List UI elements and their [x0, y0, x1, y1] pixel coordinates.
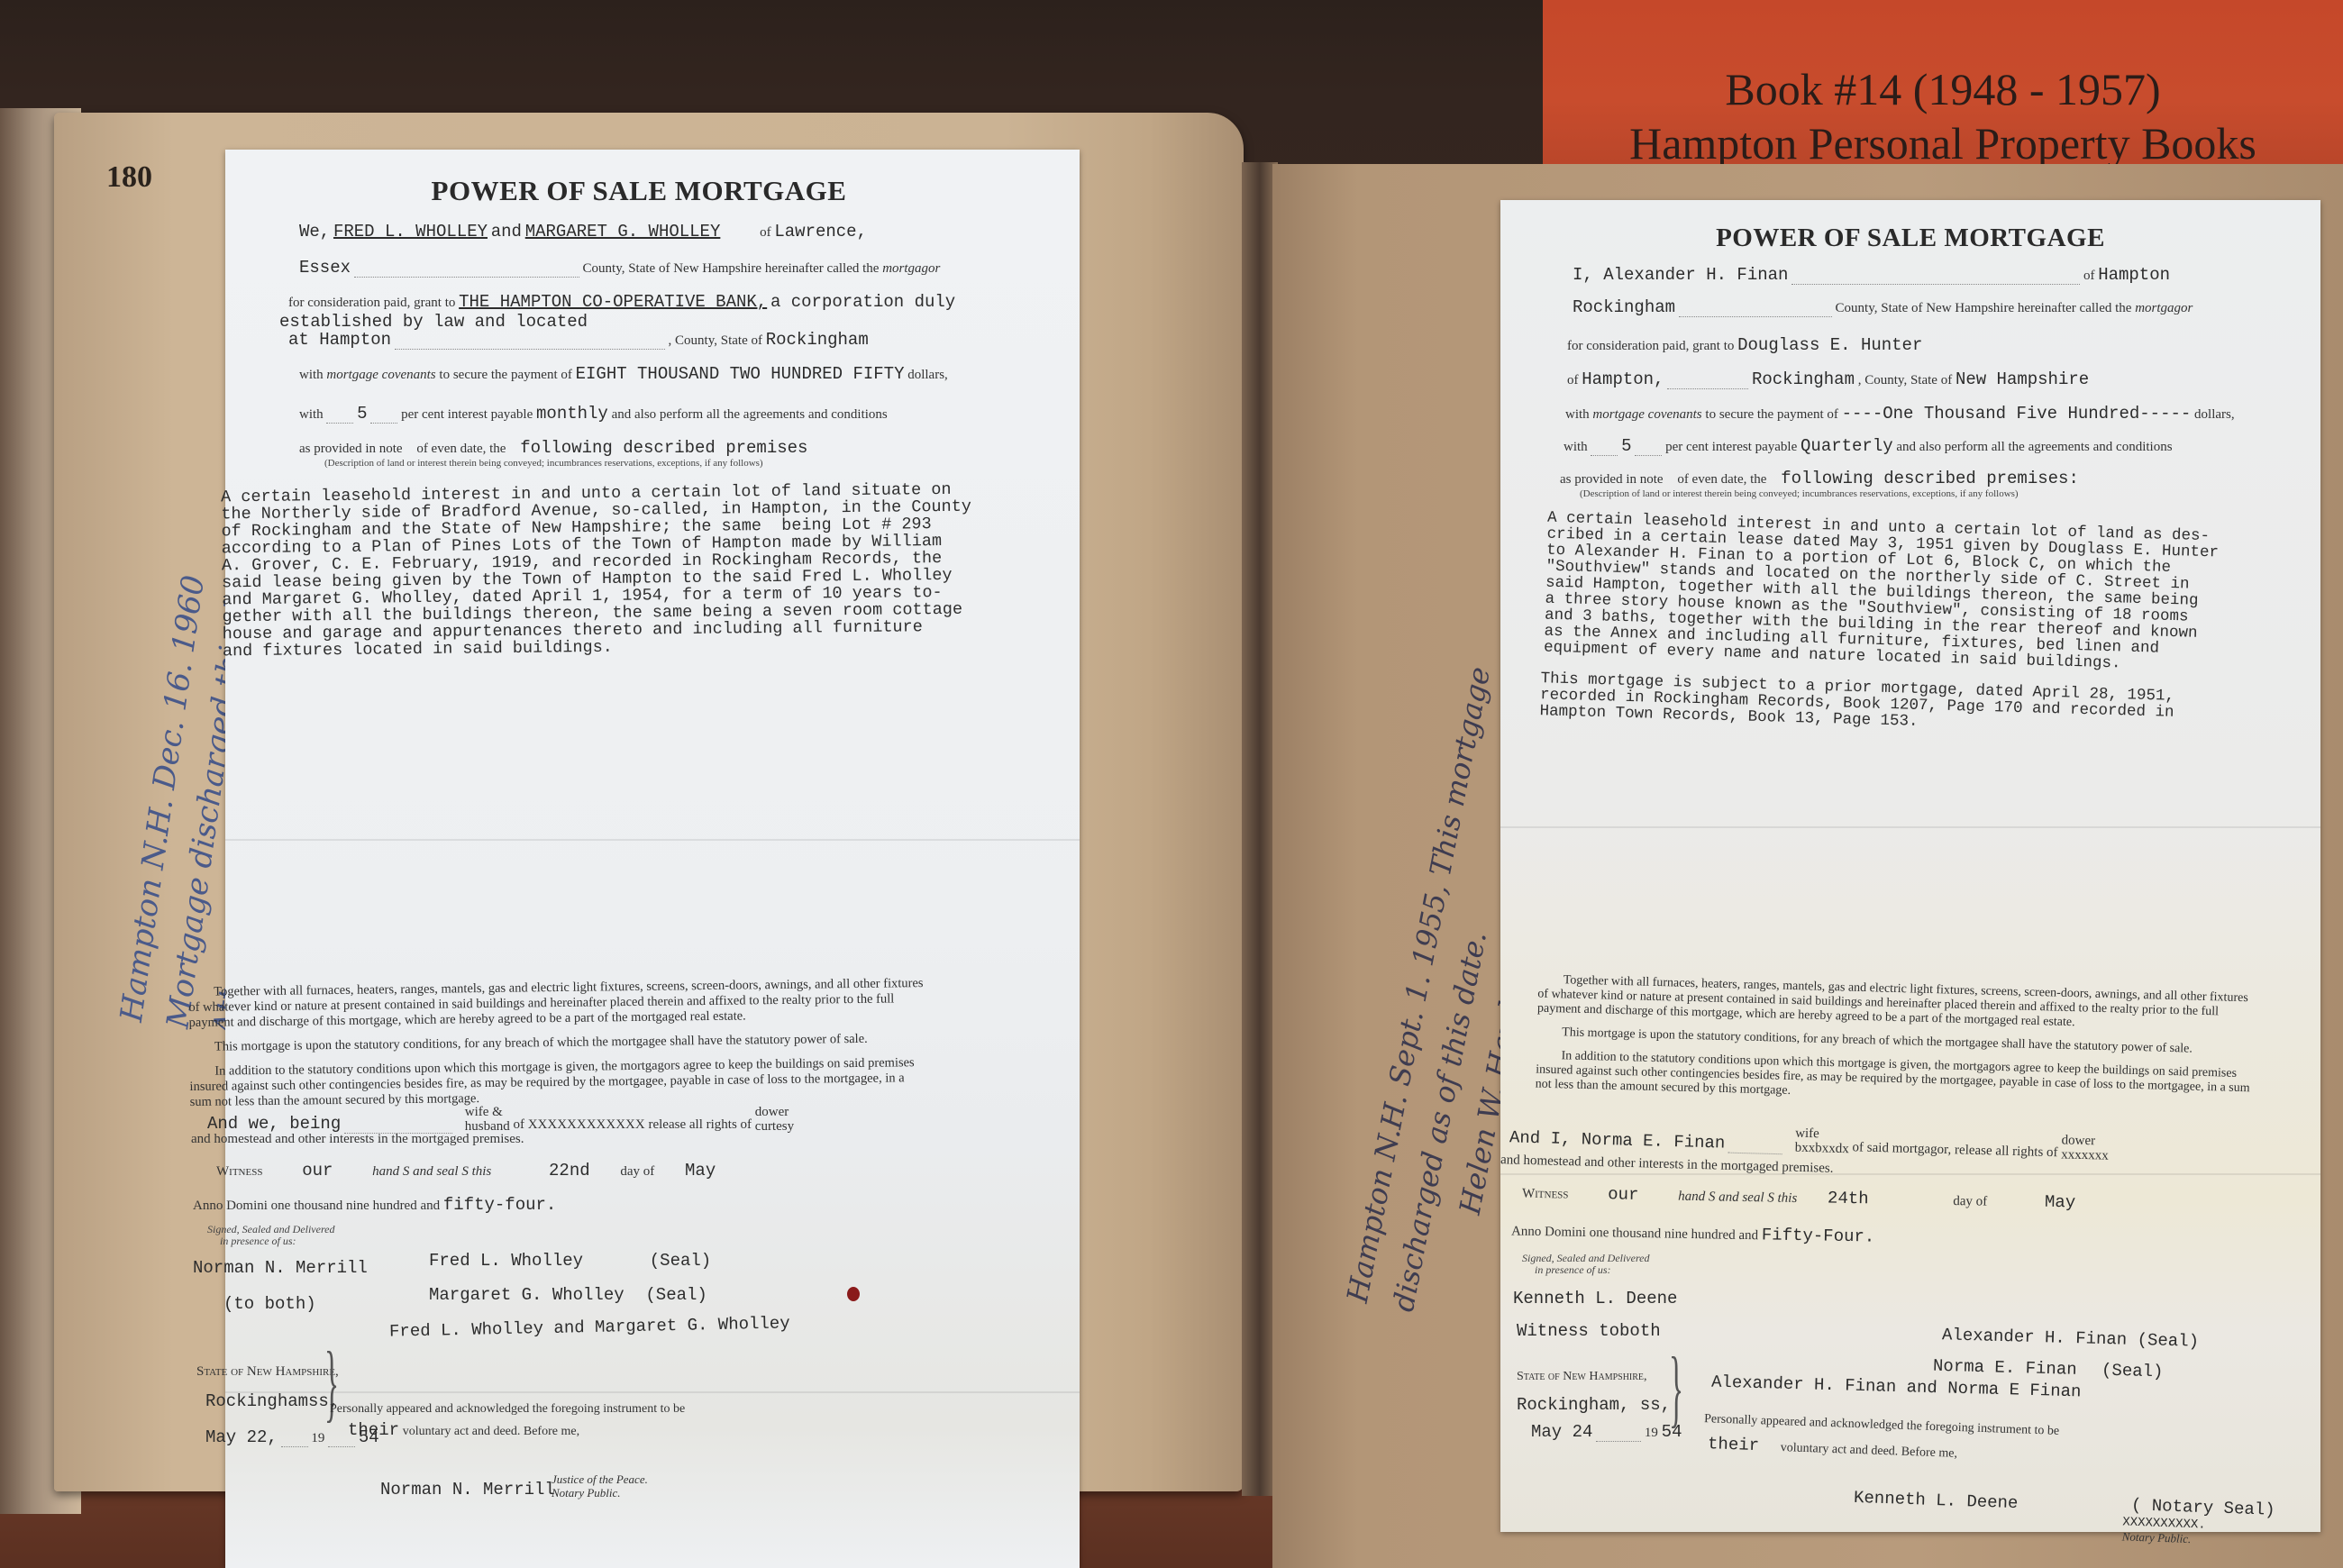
release-text: release all rights of — [648, 1117, 752, 1132]
anno-domini: Anno Domini one thousand nine hundred an… — [193, 1199, 440, 1213]
county-ss: Rockingham, ss, — [1517, 1395, 1671, 1415]
signature-1-row: Alexander H. Finan (Seal) — [1942, 1325, 2200, 1351]
book-label-line2: Hampton Personal Property Books — [1543, 117, 2343, 169]
witness-our: our — [302, 1161, 333, 1181]
mortgage-document-right: POWER OF SALE MORTGAGE I, Alexander H. F… — [1500, 200, 2320, 1532]
signature-2-row: Norma E. Finan (Seal) — [1933, 1356, 2164, 1382]
wax-seal-mark — [847, 1287, 860, 1301]
witness-note: Witness toboth — [1517, 1321, 1661, 1341]
voluntary-text: voluntary act and deed. Before me, — [403, 1425, 579, 1438]
payment-frequency: Quarterly — [1801, 436, 1893, 456]
signature-2: Margaret G. Wholley — [429, 1285, 624, 1305]
ack-date: May 22, — [205, 1427, 278, 1447]
grantee: THE HAMPTON CO-OPERATIVE BANK, — [459, 292, 767, 312]
seal-text: S and seal S this — [1709, 1190, 1798, 1206]
county-text: County, State of New Hampshire hereinaft… — [583, 261, 880, 276]
witness-note: (to both) — [223, 1294, 316, 1314]
secure-text: to secure the payment of — [439, 368, 571, 382]
seal-1: (Seal) — [650, 1251, 711, 1271]
fold-line — [225, 1391, 1080, 1393]
brace: } — [1669, 1345, 1683, 1431]
note-text: as provided in note — [299, 442, 403, 456]
note-text: as provided in note — [1560, 472, 1664, 487]
grantee-rest: a corporation duly — [770, 292, 955, 312]
following-text: following described premises: — [1781, 469, 2079, 488]
established-text: established by law and located — [279, 312, 588, 332]
located-at: at Hampton — [288, 330, 391, 350]
hand-label: hand — [1678, 1190, 1705, 1205]
signed-caption: Signed, Sealed and Delivered in presence… — [207, 1224, 335, 1247]
witness-label: Witness — [1522, 1187, 1569, 1202]
notary-title: Justice of the Peace. Notary Public. — [552, 1472, 648, 1500]
standard-clauses: Together with all furnaces, heaters, ran… — [188, 976, 929, 1119]
dollars-label: dollars, — [907, 368, 948, 382]
mortgagor: I, Alexander H. Finan — [1573, 265, 1788, 285]
fixtures-clause: Together with all furnaces, heaters, ran… — [1537, 973, 2259, 1035]
curtesy-label: xxxxxxx — [2061, 1147, 2109, 1162]
personally-appeared: Personally appeared and acknowledged the… — [330, 1402, 685, 1416]
of-mortgagor: of XXXXXXXXXXXX — [513, 1117, 644, 1132]
notary-public-label: Notary Public. — [552, 1486, 648, 1500]
consideration-text: for consideration paid, grant to — [1567, 339, 1734, 353]
witness-day: 24th — [1828, 1189, 1869, 1209]
book-label: Book #14 (1948 - 1957) Hampton Personal … — [1543, 0, 2343, 167]
county-state-label: , County, State of — [669, 333, 762, 348]
agreements-text: and also perform all the agreements and … — [612, 407, 888, 422]
notary-name: Kenneth L. Deene — [1854, 1488, 2019, 1513]
release-party: And I, Norma E. Finan — [1509, 1127, 1726, 1153]
even-date-text: of even date, the — [416, 442, 506, 456]
mortgagor-word: mortgagor — [2135, 301, 2193, 315]
interest-rate: 5 — [1621, 436, 1631, 456]
state-label: State of New Hampshire, — [196, 1364, 339, 1380]
mortgagor-1: FRED L. WHOLLEY — [333, 222, 488, 242]
homestead-text: and homestead and other interests in the… — [191, 1132, 524, 1147]
anno-domini: Anno Domini one thousand nine hundred an… — [1511, 1224, 1758, 1243]
covenants-label: mortgage covenants — [326, 368, 435, 382]
ack-date: May 24 — [1531, 1422, 1592, 1442]
their: their — [348, 1420, 399, 1440]
county-ss: Rockinghamss, — [205, 1391, 339, 1411]
fold-line — [1500, 1173, 2320, 1175]
signature-1: Fred L. Wholley — [429, 1251, 583, 1271]
fixtures-clause: Together with all furnaces, heaters, ran… — [188, 976, 928, 1031]
justice-label: Justice of the Peace. — [552, 1472, 648, 1486]
release-party: And we, being — [207, 1114, 341, 1134]
book-label-line1: Book #14 (1948 - 1957) — [1543, 63, 2343, 115]
of-label: of — [1567, 373, 1579, 387]
property-description: A certain leasehold interest in and unto… — [221, 481, 973, 661]
amp: & — [492, 1105, 503, 1119]
husband-label: bxxbxxdx — [1795, 1141, 1849, 1157]
their: their — [1708, 1434, 1760, 1455]
grantee-county: Rockingham — [1752, 369, 1855, 389]
mortgagor-county: Essex — [299, 258, 351, 278]
mortgagor-2: MARGARET G. WHOLLEY — [525, 222, 721, 242]
with-label: with — [299, 368, 324, 382]
mortgage-amount: ----One Thousand Five Hundred----- — [1842, 404, 2192, 424]
witness-our: our — [1608, 1184, 1639, 1205]
witness-name: Kenneth L. Deene — [1513, 1289, 1677, 1308]
document-title: POWER OF SALE MORTGAGE — [198, 175, 1080, 207]
notary-title: XXXXXXXXXX. Notary Public. — [2122, 1516, 2206, 1545]
witness-name: Norman N. Merrill — [193, 1258, 368, 1278]
with-label: with — [299, 407, 324, 422]
of-label: of — [2083, 269, 2095, 283]
standard-clauses: Together with all furnaces, heaters, ran… — [1535, 973, 2258, 1120]
interest-text: per cent interest payable — [401, 407, 533, 422]
signed-caption-2: in presence of us: — [207, 1235, 335, 1247]
year-words: Fifty-Four. — [1762, 1225, 1875, 1246]
ack-century: 19 — [1645, 1426, 1658, 1440]
seal-2: (Seal) — [645, 1285, 707, 1305]
notary-name: Norman N. Merrill — [380, 1480, 555, 1500]
page-number: 180 — [106, 160, 152, 195]
grantee: Douglass E. Hunter — [1737, 335, 1922, 355]
interest-text: per cent interest payable — [1665, 440, 1797, 454]
mortgagor-county: Rockingham — [1573, 297, 1675, 317]
wife-label: wife — [1795, 1126, 1819, 1142]
voluntary-text: voluntary act and deed. Before me, — [1780, 1441, 1957, 1461]
fold-line — [1500, 826, 2320, 828]
signature-2: Norma E. Finan — [1933, 1356, 2077, 1380]
prior-mortgage-note: This mortgage is subject to a prior mort… — [1539, 670, 2174, 737]
witness-month: May — [2045, 1192, 2076, 1213]
mortgage-amount: EIGHT THOUSAND TWO HUNDRED FIFTY — [576, 364, 905, 384]
fold-line — [225, 839, 1080, 841]
seal-2: (Seal) — [2101, 1361, 2164, 1382]
with-label: with — [1565, 407, 1590, 422]
agreements-text: and also perform all the agreements and … — [1896, 440, 2172, 454]
state-label: State of New Hampshire, — [1517, 1370, 1647, 1384]
hand-label: hand — [372, 1164, 399, 1179]
with-label: with — [1564, 440, 1588, 454]
statutory-clause: This mortgage is upon the statutory cond… — [189, 1031, 928, 1055]
wife-label: wife — [465, 1105, 489, 1119]
day-of-label: day of — [1953, 1194, 1987, 1209]
county-text: County, State of New Hampshire hereinaft… — [1836, 301, 2132, 315]
signature-1: Alexander H. Finan — [1942, 1325, 2128, 1349]
mortgagor-town: Lawrence, — [774, 222, 867, 242]
signed-caption: Signed, Sealed and Delivered in presence… — [1522, 1253, 1650, 1276]
mortgage-document-left: POWER OF SALE MORTGAGE We, FRED L. WHOLL… — [225, 150, 1080, 1568]
interest-rate: 5 — [357, 404, 367, 424]
of-label: of — [760, 225, 771, 240]
year-words: fifty-four. — [443, 1195, 556, 1215]
county-state-label: , County, State of — [1858, 373, 1952, 387]
insurance-clause: In addition to the statutory conditions … — [1536, 1049, 2257, 1111]
property-description: A certain leasehold interest in and unto… — [1544, 510, 2220, 675]
seal-text: S and seal S this — [403, 1164, 491, 1179]
document-title: POWER OF SALE MORTGAGE — [1500, 223, 2320, 253]
mortgagor-word: mortgagor — [882, 261, 940, 276]
and-label: and — [491, 222, 522, 242]
witness-day: 22nd — [549, 1161, 590, 1181]
signed-caption-2: in presence of us: — [1522, 1264, 1650, 1276]
covenants-label: mortgage covenants — [1592, 407, 1701, 422]
witness-label: Witness — [216, 1164, 262, 1179]
we-label: We, — [299, 222, 330, 242]
description-caption: (Description of land or interest therein… — [324, 458, 763, 469]
seal-1: (Seal) — [2137, 1330, 2199, 1352]
acknowledgment-names: Fred L. Wholley and Margaret G. Wholley — [389, 1313, 790, 1341]
following-text: following described premises — [520, 438, 807, 458]
ack-year: 54 — [1662, 1422, 1682, 1442]
county-state-value: New Hampshire — [1956, 369, 2089, 389]
witness-month: May — [685, 1161, 716, 1181]
description-caption: (Description of land or interest therein… — [1580, 488, 2019, 499]
dower-label: dower — [755, 1105, 789, 1119]
dollars-label: dollars, — [2194, 407, 2235, 422]
mortgagor-town: Hampton — [2098, 265, 2170, 285]
consideration-text: for consideration paid, grant to — [288, 296, 455, 310]
ack-century: 19 — [311, 1431, 324, 1445]
of-mortgagor: of said mortgagor, release all rights of — [1852, 1140, 2057, 1160]
payment-frequency: monthly — [536, 404, 608, 424]
county-state-value: Rockingham — [766, 330, 869, 350]
dower-label: dower — [2061, 1133, 2095, 1148]
secure-text: to secure the payment of — [1705, 407, 1837, 422]
grantee-town: Hampton, — [1582, 369, 1664, 389]
day-of-label: day of — [620, 1164, 654, 1179]
curtesy-label: curtesy — [755, 1119, 794, 1134]
insurance-clause: In addition to the statutory conditions … — [189, 1055, 929, 1110]
even-date-text: of even date, the — [1677, 472, 1766, 487]
